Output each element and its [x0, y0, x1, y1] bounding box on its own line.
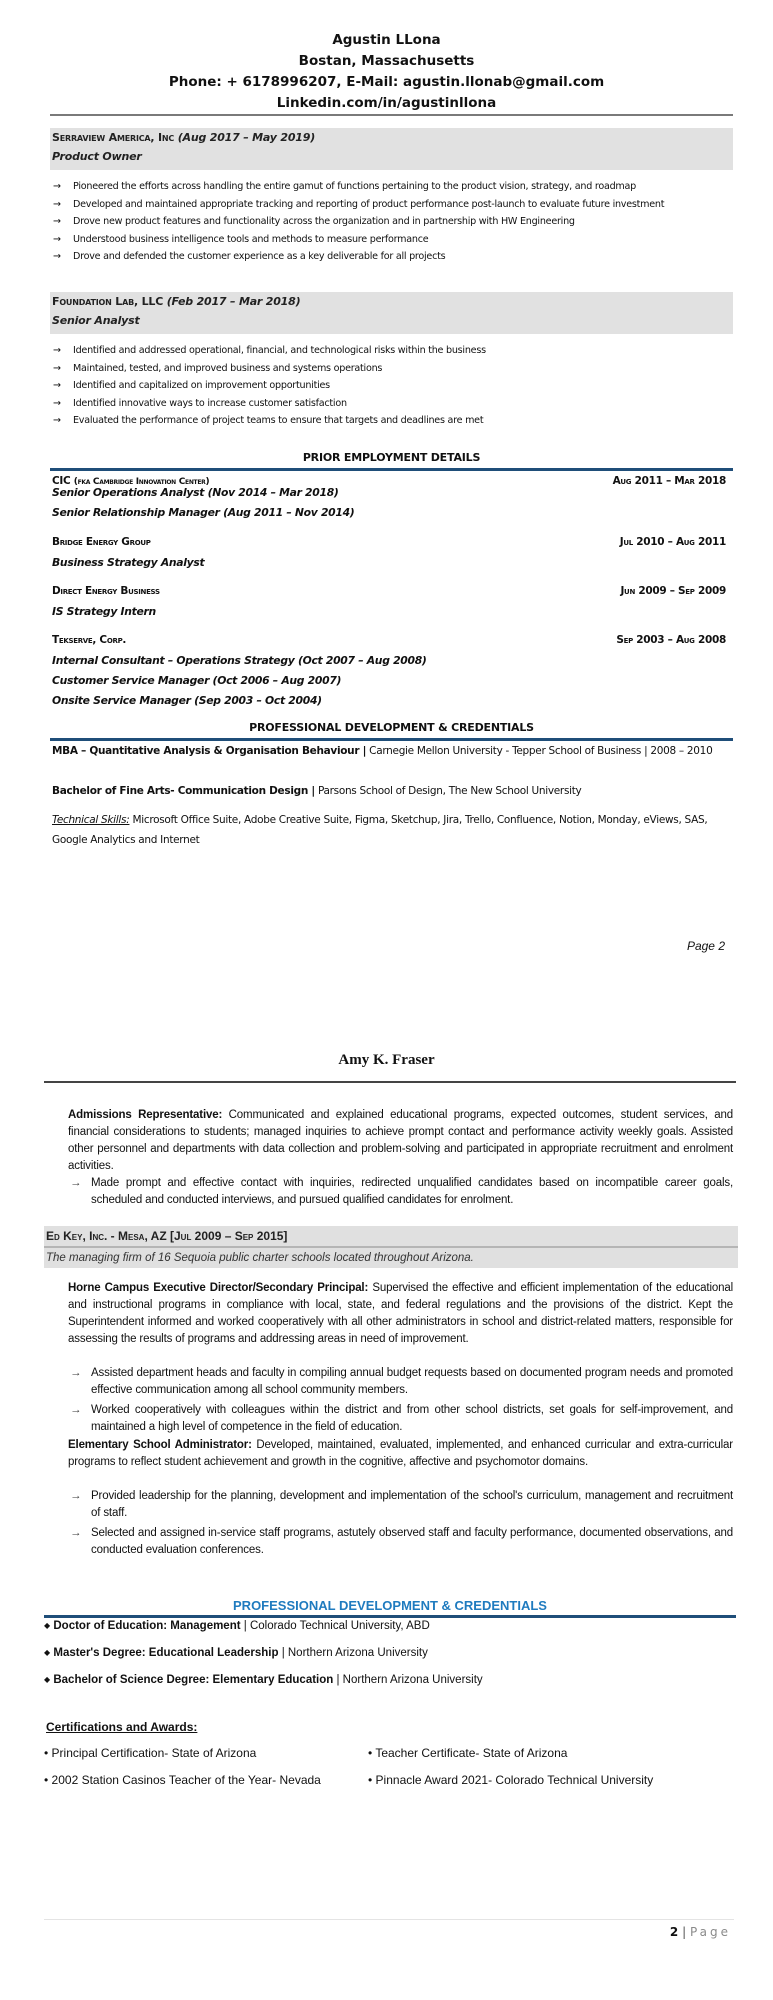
arrow-right-icon: →	[53, 377, 61, 395]
admissions-bullets: →Made prompt and effective contact with …	[68, 1175, 733, 1212]
arrow-right-icon: →	[53, 196, 61, 214]
list-item: →Developed and maintained appropriate tr…	[50, 196, 733, 214]
degree-entry: ◆ Master's Degree: Educational Leadershi…	[44, 1647, 428, 1659]
cert-item: • 2002 Station Casinos Teacher of the Ye…	[44, 1773, 321, 1787]
header-divider	[50, 114, 733, 116]
job-company: Serraview America, Inc	[52, 131, 174, 144]
list-item: →Identified innovative ways to increase …	[50, 395, 733, 413]
cert-item: • Teacher Certificate- State of Arizona	[368, 1746, 567, 1760]
role-admissions: Admissions Representative: Communicated …	[68, 1107, 733, 1175]
diamond-bullet-icon: ◆	[44, 1675, 50, 1684]
arrow-right-icon: →	[70, 1525, 81, 1542]
list-item: →Assisted department heads and faculty i…	[68, 1365, 733, 1399]
arrow-right-icon: →	[53, 360, 61, 378]
list-item: →Selected and assigned in-service staff …	[68, 1525, 733, 1559]
arrow-right-icon: →	[53, 231, 61, 249]
section-divider-2	[44, 1615, 736, 1618]
section-title-credentials-2: PROFESSIONAL DEVELOPMENT & CREDENTIALS	[44, 1598, 736, 1613]
arrow-right-icon: →	[53, 395, 61, 413]
section-title-credentials: PROFESSIONAL DEVELOPMENT & CREDENTIALS	[50, 721, 733, 734]
prior-role: Customer Service Manager (Oct 2006 – Aug…	[52, 674, 341, 687]
prior-dates: Jul 2010 – Aug 2011	[620, 536, 726, 548]
company-header-edkey: Ed Key, Inc. - Mesa, AZ [Jul 2009 – Sep …	[44, 1226, 738, 1248]
prior-company: Tekserve, Corp.	[52, 634, 126, 646]
prior-company: Direct Energy Business	[52, 585, 160, 597]
prior-dates: Aug 2011 – Mar 2018	[613, 475, 726, 487]
degree-entry: ◆ Doctor of Education: Management | Colo…	[44, 1620, 430, 1632]
section-divider	[50, 468, 733, 471]
dot-bullet-icon: •	[368, 1773, 372, 1787]
candidate-location: Bostan, Massachusetts	[0, 51, 773, 72]
prior-role: Senior Operations Analyst (Nov 2014 – Ma…	[52, 486, 339, 499]
candidate-name: Agustin LLona	[0, 30, 773, 51]
job-dates: (Feb 2017 – Mar 2018)	[167, 295, 301, 308]
arrow-right-icon: →	[53, 412, 61, 430]
job-header-foundation-lab: Foundation Lab, LLC (Feb 2017 – Mar 2018…	[50, 292, 733, 334]
elementary-admin-bullets: →Provided leadership for the planning, d…	[68, 1488, 733, 1562]
candidate-linkedin[interactable]: Linkedin.com/in/agustinllona	[0, 93, 773, 114]
cert-item: • Principal Certification- State of Ariz…	[44, 1746, 256, 1760]
diamond-bullet-icon: ◆	[44, 1648, 50, 1657]
list-item: →Worked cooperatively with colleagues wi…	[68, 1402, 733, 1436]
diamond-bullet-icon: ◆	[44, 1621, 50, 1630]
list-item: →Identified and addressed operational, f…	[50, 342, 733, 360]
list-item: →Maintained, tested, and improved busine…	[50, 360, 733, 378]
prior-role: Internal Consultant – Operations Strateg…	[52, 654, 427, 667]
section-title-prior-employment: PRIOR EMPLOYMENT DETAILS	[50, 451, 733, 464]
prior-company: Bridge Energy Group	[52, 536, 151, 548]
education-entry: MBA – Quantitative Analysis & Organisati…	[52, 741, 732, 761]
dot-bullet-icon: •	[368, 1746, 372, 1760]
arrow-right-icon: →	[53, 178, 61, 196]
arrow-right-icon: →	[53, 213, 61, 231]
job-bullets-foundation-lab: →Identified and addressed operational, f…	[50, 342, 733, 430]
prior-dates: Sep 2003 – Aug 2008	[616, 634, 726, 646]
company-description: The managing firm of 16 Sequoia public c…	[44, 1248, 738, 1268]
arrow-right-icon: →	[70, 1175, 81, 1192]
role-horne-campus: Horne Campus Executive Director/Secondar…	[68, 1280, 733, 1348]
job-title: Product Owner	[52, 150, 142, 163]
horne-campus-bullets: →Assisted department heads and faculty i…	[68, 1365, 733, 1439]
list-item: →Evaluated the performance of project te…	[50, 412, 733, 430]
arrow-right-icon: →	[53, 248, 61, 266]
job-dates: (Aug 2017 – May 2019)	[178, 131, 315, 144]
prior-role: IS Strategy Intern	[52, 605, 156, 618]
certifications-title: Certifications and Awards:	[46, 1720, 197, 1734]
job-company: Foundation Lab, LLC	[52, 295, 163, 308]
footer-divider	[44, 1919, 734, 1920]
prior-role: Senior Relationship Manager (Aug 2011 – …	[52, 506, 354, 519]
role-elementary-admin: Elementary School Administrator: Develop…	[68, 1437, 733, 1471]
education-entry: Bachelor of Fine Arts- Communication Des…	[52, 781, 732, 801]
prior-dates: Jun 2009 – Sep 2009	[620, 585, 726, 597]
page-footer: 2 | Page	[670, 1925, 731, 1939]
list-item: →Drove new product features and function…	[50, 213, 733, 231]
dot-bullet-icon: •	[44, 1746, 48, 1760]
candidate-contact: Phone: + 6178996207, E-Mail: agustin.llo…	[0, 72, 773, 93]
arrow-right-icon: →	[70, 1402, 81, 1419]
degree-entry: ◆ Bachelor of Science Degree: Elementary…	[44, 1674, 483, 1686]
list-item: →Understood business intelligence tools …	[50, 231, 733, 249]
cert-item: • Pinnacle Award 2021- Colorado Technica…	[368, 1773, 653, 1787]
list-item: →Identified and capitalized on improveme…	[50, 377, 733, 395]
list-item: →Made prompt and effective contact with …	[68, 1175, 733, 1209]
technical-skills: Technical Skills: Microsoft Office Suite…	[52, 810, 732, 850]
prior-role: Onsite Service Manager (Sep 2003 – Oct 2…	[52, 694, 322, 707]
job-bullets-serraview: →Pioneered the efforts across handling t…	[50, 178, 733, 266]
list-item: →Pioneered the efforts across handling t…	[50, 178, 733, 196]
dot-bullet-icon: •	[44, 1773, 48, 1787]
candidate-name-2: Amy K. Fraser	[0, 1052, 773, 1069]
arrow-right-icon: →	[70, 1365, 81, 1382]
list-item: →Drove and defended the customer experie…	[50, 248, 733, 266]
page-number-label: Page 2	[687, 939, 725, 953]
job-header-serraview: Serraview America, Inc (Aug 2017 – May 2…	[50, 128, 733, 170]
list-item: →Provided leadership for the planning, d…	[68, 1488, 733, 1522]
header-divider-2	[44, 1081, 736, 1083]
arrow-right-icon: →	[70, 1488, 81, 1505]
prior-role: Business Strategy Analyst	[52, 556, 204, 569]
arrow-right-icon: →	[53, 342, 61, 360]
job-title: Senior Analyst	[52, 314, 140, 327]
